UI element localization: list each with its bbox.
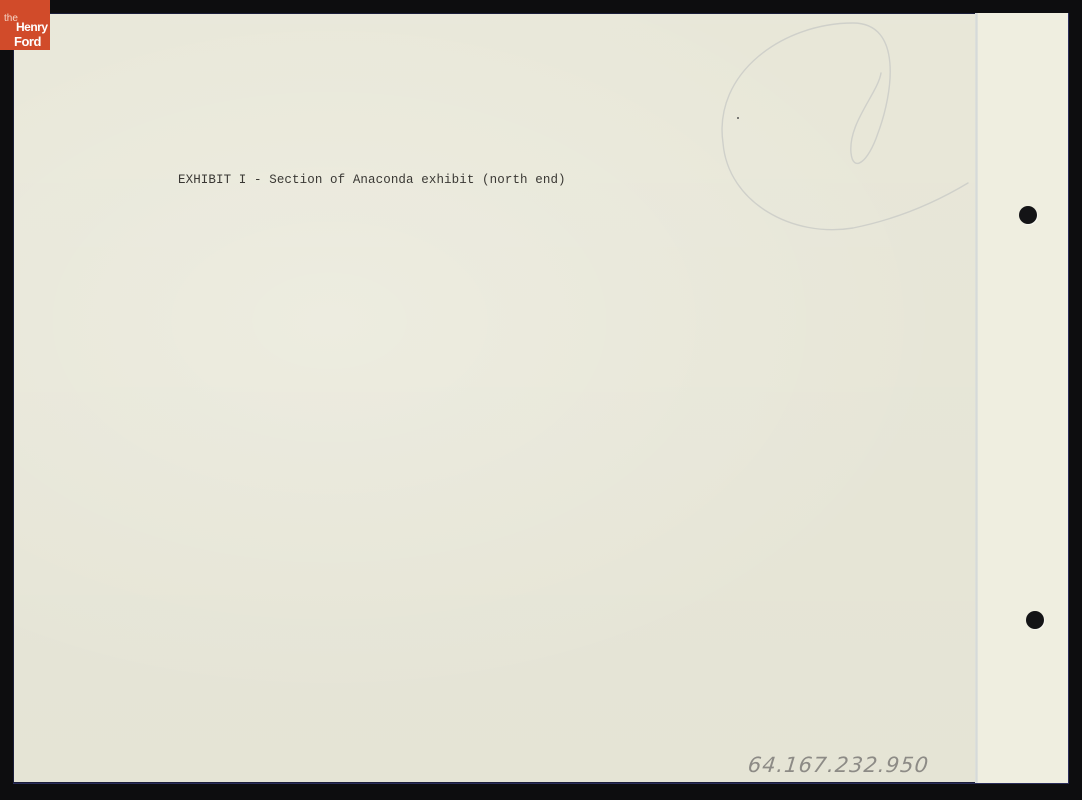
binding-strip — [978, 13, 1068, 783]
logo-ford: Ford — [14, 35, 41, 48]
paper-speck — [737, 117, 739, 119]
henry-ford-logo: the Henry Ford — [0, 0, 50, 50]
scan-background: the Henry Ford EXHIBIT I - Section of An… — [0, 0, 1082, 800]
punch-hole-icon — [1019, 206, 1037, 224]
exhibit-caption: EXHIBIT I - Section of Anaconda exhibit … — [178, 173, 566, 187]
document-sheet: EXHIBIT I - Section of Anaconda exhibit … — [13, 13, 1069, 784]
accession-number: 64.167.232.950 — [747, 753, 931, 777]
fold-line — [975, 13, 978, 783]
punch-hole-icon — [1026, 611, 1044, 629]
pencil-loop-mark — [703, 13, 983, 243]
logo-henry: Henry — [16, 21, 48, 33]
